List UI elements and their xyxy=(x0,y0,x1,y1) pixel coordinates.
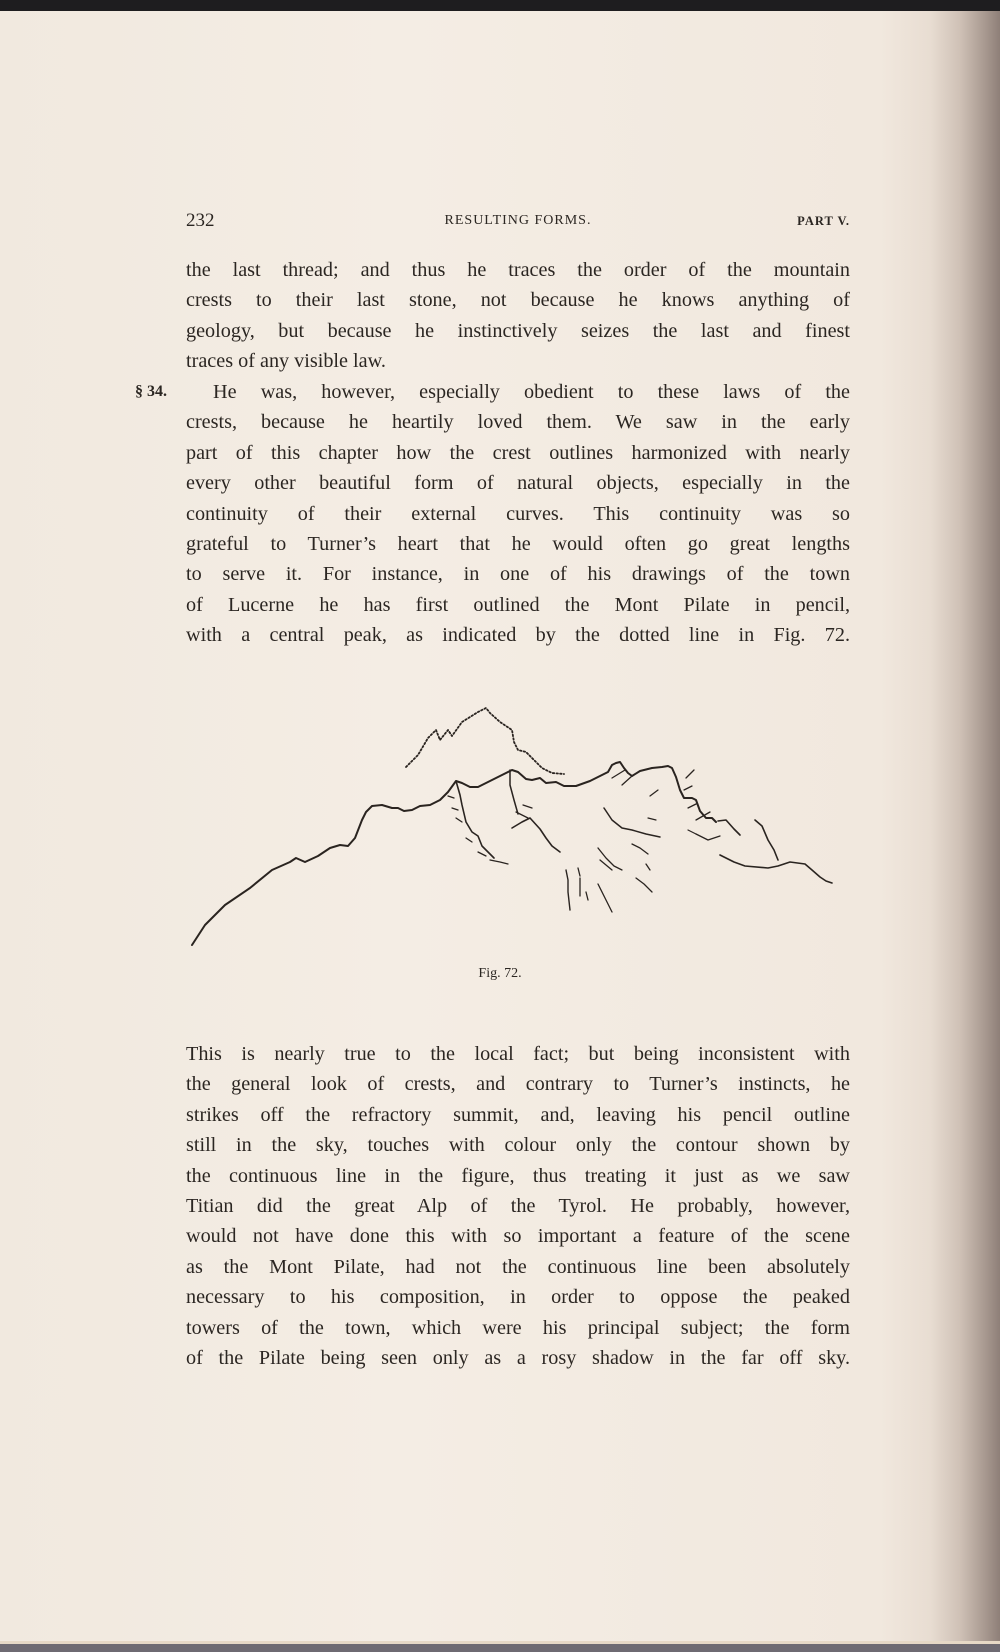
text-line: strikes off the refractory summit, and, … xyxy=(186,1100,850,1130)
figure-mountain-sketch xyxy=(180,690,840,960)
text-line: Titian did the great Alp of the Tyrol. H… xyxy=(186,1191,850,1221)
text-line: necessary to his composition, in order t… xyxy=(186,1282,850,1312)
text-line: crests, because he heartily loved them. … xyxy=(186,407,850,437)
text-line: He was, however, especially obedient to … xyxy=(186,377,850,407)
text-line: grateful to Turner’s heart that he would… xyxy=(186,529,850,559)
part-label: PART V. xyxy=(797,214,850,229)
paragraph-section-34: He was, however, especially obedient to … xyxy=(186,377,850,651)
text-line: of Lucerne he has first outlined the Mon… xyxy=(186,590,850,620)
paragraph-after-figure: This is nearly true to the local fact; b… xyxy=(186,1039,850,1373)
section-marker: § 34. xyxy=(135,383,167,401)
text-line: the general look of crests, and contrary… xyxy=(186,1069,850,1099)
text-line: crests to their last stone, not because … xyxy=(186,285,850,315)
text-line: every other beautiful form of natural ob… xyxy=(186,468,850,498)
scan-bottom-border xyxy=(0,1644,1000,1652)
mountain-sketch-icon xyxy=(180,690,840,960)
text-line: traces of any visible law. xyxy=(186,346,850,376)
text-line: with a central peak, as indicated by the… xyxy=(186,620,850,650)
text-line: part of this chapter how the crest outli… xyxy=(186,438,850,468)
text-line: This is nearly true to the local fact; b… xyxy=(186,1039,850,1069)
paragraph-continued: the last thread; and thus he traces the … xyxy=(186,255,850,377)
scan-top-border xyxy=(0,0,1000,11)
text-line: continuity of their external curves. Thi… xyxy=(186,499,850,529)
text-line: as the Mont Pilate, had not the continuo… xyxy=(186,1252,850,1282)
text-line: still in the sky, touches with colour on… xyxy=(186,1130,850,1160)
figure-caption: Fig. 72. xyxy=(0,966,1000,982)
text-line: would not have done this with so importa… xyxy=(186,1221,850,1251)
text-line: of the Pilate being seen only as a rosy … xyxy=(186,1343,850,1373)
text-line: to serve it. For instance, in one of his… xyxy=(186,559,850,589)
text-line: geology, but because he instinctively se… xyxy=(186,316,850,346)
chapter-title: RESULTING FORMS. xyxy=(186,213,850,229)
text-line: the last thread; and thus he traces the … xyxy=(186,255,850,285)
text-line: the continuous line in the figure, thus … xyxy=(186,1161,850,1191)
running-head: 232 RESULTING FORMS. PART V. xyxy=(186,210,850,234)
text-line: towers of the town, which were his princ… xyxy=(186,1313,850,1343)
